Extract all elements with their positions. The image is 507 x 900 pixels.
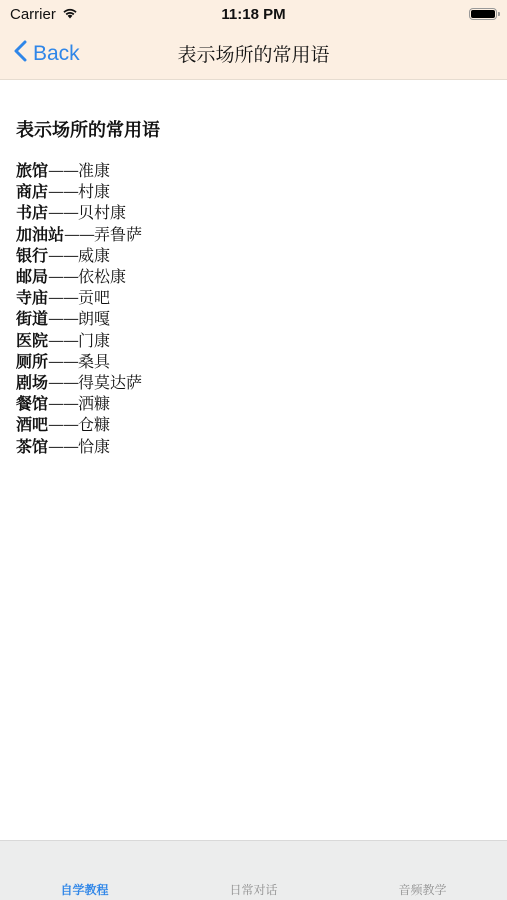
tab-audio-lessons[interactable]: 音频教学 xyxy=(338,841,507,900)
phrase-reading: 贝村康 xyxy=(78,203,126,222)
phrase-term: 剧场 xyxy=(16,373,48,392)
tab-self-study[interactable]: 自学教程 xyxy=(0,841,169,900)
list-item: 旅馆——准康 xyxy=(16,160,491,181)
list-item: 寺庙——贡吧 xyxy=(16,287,491,308)
phrase-separator: —— xyxy=(48,352,78,371)
list-item: 书店——贝村康 xyxy=(16,202,491,223)
phrase-term: 寺庙 xyxy=(16,288,48,307)
tab-label: 日常对话 xyxy=(229,881,277,898)
list-item: 餐馆——洒糠 xyxy=(16,393,491,414)
carrier-label: Carrier xyxy=(10,6,56,23)
tab-bar: 自学教程日常对话音频教学 xyxy=(0,840,507,900)
phrase-separator: —— xyxy=(48,331,78,350)
back-button[interactable]: Back xyxy=(0,40,80,68)
phrase-separator: —— xyxy=(48,373,78,392)
phrase-reading: 仓糠 xyxy=(78,415,110,434)
content-area: 表示场所的常用语 旅馆——准康商店——村康书店——贝村康加油站——弄鲁萨银行——… xyxy=(16,116,491,457)
phrase-term: 酒吧 xyxy=(16,415,48,434)
phrase-term: 加油站 xyxy=(16,225,64,244)
list-item: 邮局——依松康 xyxy=(16,266,491,287)
phrase-separator: —— xyxy=(48,394,78,413)
phrase-term: 茶馆 xyxy=(16,437,48,456)
phrase-separator: —— xyxy=(48,182,78,201)
navigation-bar: Back 表示场所的常用语 xyxy=(0,28,507,80)
phrase-reading: 门康 xyxy=(78,331,110,350)
status-bar: Carrier 11:18 PM xyxy=(0,0,507,28)
tab-label: 音频教学 xyxy=(398,881,446,898)
phrase-reading: 贡吧 xyxy=(78,288,110,307)
phrase-reading: 恰康 xyxy=(78,437,110,456)
content-heading: 表示场所的常用语 xyxy=(16,116,491,142)
phrase-term: 旅馆 xyxy=(16,161,48,180)
list-item: 茶馆——恰康 xyxy=(16,436,491,457)
tab-label: 自学教程 xyxy=(60,881,108,898)
wifi-icon xyxy=(62,6,78,23)
phrase-reading: 桑具 xyxy=(78,352,110,371)
list-item: 商店——村康 xyxy=(16,181,491,202)
phrase-list: 旅馆——准康商店——村康书店——贝村康加油站——弄鲁萨银行——威康邮局——依松康… xyxy=(16,160,491,457)
list-item: 厕所——桑具 xyxy=(16,351,491,372)
list-item: 银行——威康 xyxy=(16,245,491,266)
phrase-reading: 准康 xyxy=(78,161,110,180)
phrase-separator: —— xyxy=(64,225,94,244)
phrase-term: 医院 xyxy=(16,331,48,350)
list-item: 街道——朗嘎 xyxy=(16,308,491,329)
list-item: 加油站——弄鲁萨 xyxy=(16,224,491,245)
phrase-reading: 得莫达萨 xyxy=(78,373,142,392)
phrase-separator: —— xyxy=(48,161,78,180)
phrase-term: 邮局 xyxy=(16,267,48,286)
phrase-separator: —— xyxy=(48,267,78,286)
phrase-term: 商店 xyxy=(16,182,48,201)
back-label: Back xyxy=(33,42,80,66)
phrase-reading: 依松康 xyxy=(78,267,126,286)
battery-full-icon xyxy=(469,8,497,20)
phrase-term: 书店 xyxy=(16,203,48,222)
phrase-separator: —— xyxy=(48,309,78,328)
tab-daily-dialogue[interactable]: 日常对话 xyxy=(169,841,338,900)
carrier-info: Carrier xyxy=(10,6,78,23)
phrase-reading: 洒糠 xyxy=(78,394,110,413)
phrase-term: 街道 xyxy=(16,309,48,328)
phrase-reading: 威康 xyxy=(78,246,110,265)
phrase-separator: —— xyxy=(48,288,78,307)
phrase-term: 银行 xyxy=(16,246,48,265)
phrase-separator: —— xyxy=(48,203,78,222)
phrase-reading: 朗嘎 xyxy=(78,309,110,328)
chevron-left-icon xyxy=(14,40,27,68)
phrase-separator: —— xyxy=(48,246,78,265)
list-item: 医院——门康 xyxy=(16,330,491,351)
phrase-separator: —— xyxy=(48,415,78,434)
phrase-reading: 弄鲁萨 xyxy=(94,225,142,244)
phrase-term: 厕所 xyxy=(16,352,48,371)
list-item: 酒吧——仓糠 xyxy=(16,414,491,435)
phrase-separator: —— xyxy=(48,437,78,456)
phrase-term: 餐馆 xyxy=(16,394,48,413)
list-item: 剧场——得莫达萨 xyxy=(16,372,491,393)
phrase-reading: 村康 xyxy=(78,182,110,201)
